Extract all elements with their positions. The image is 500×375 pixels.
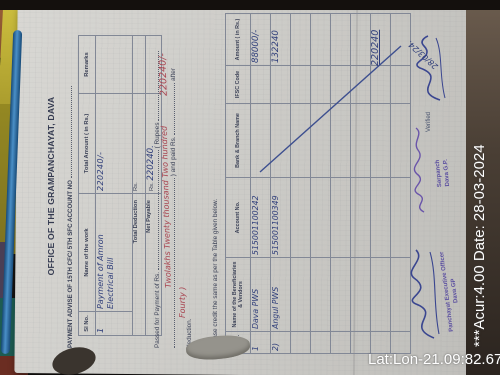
work-table-header-amount: Total Amount ( in Rs.): [79, 94, 96, 194]
ben-row1-bank: [251, 104, 271, 178]
document-subtitle: PAYMENT ADVISE OF 15TH CFC/ 5TH SFC ACCO…: [65, 86, 74, 348]
work-row-sl: 1: [96, 312, 133, 336]
empty-row: [291, 14, 311, 354]
work-row-remarks: [96, 36, 133, 94]
photo-of-payment-advice: OFFICE OF THE GRAMPANCHAYAT, DAVA PAYMEN…: [0, 0, 500, 375]
peo-signature: [400, 246, 442, 346]
total-deduction-value: Rs.: [133, 94, 146, 194]
ben-header-ifsc: IFSC Code: [226, 66, 251, 104]
verified-label: Verified: [426, 112, 432, 132]
peo-signature-block: Panchayat Executive Officer Dava GP: [400, 236, 460, 346]
beneficiary-row-2: 2) Angul PWS 515001100349 132240: [271, 14, 291, 354]
ben-row2-amount: 132240: [271, 14, 291, 66]
gps-overlay-acur-date: ***Acur:4.00 Date: 28-03-2024: [471, 17, 488, 347]
empty-row: [351, 14, 371, 354]
work-table-header-sl: Sl No.: [79, 312, 96, 336]
ben-row1-account: 515001100242: [251, 178, 271, 258]
gps-overlay-latlon: Lat:Lon-21.09:82.67 **: [368, 351, 500, 368]
ben-row1-name: Dava PWS: [251, 258, 271, 332]
sarpanch-stamp: Sarpanch Dava G.P.: [432, 129, 455, 216]
sarpanch-signature-block: Sarpanch Dava G.P.: [408, 126, 452, 216]
photo-top-dark-edge: [0, 0, 500, 10]
payment-advice-document: OFFICE OF THE GRAMPANCHAYAT, DAVA PAYMEN…: [20, 10, 468, 362]
empty-row: [311, 14, 331, 354]
ben-row1-amount: 88000/-: [251, 14, 271, 66]
credit-line: Please credit the same as per the Table …: [208, 16, 224, 348]
ben-row1-sl: 1: [251, 332, 271, 354]
empty-row: [331, 14, 351, 354]
subtitle-text: PAYMENT ADVISE OF 15TH CFC/ 5TH SFC ACCO…: [67, 180, 74, 348]
ben-row2-bank: [271, 104, 291, 178]
beneficiary-row-1: 1 Dava PWS 515001100242 88000/-: [251, 14, 271, 354]
total-deduction-remarks: [133, 36, 146, 94]
ben-header-account: Account No.: [226, 178, 251, 258]
handwritten-paid-amount: 220240/-: [155, 53, 172, 96]
passed-for-payment-passage: Passed for Payment of Rs. ( Rupees ) and…: [150, 16, 224, 348]
ben-header-bank: Bank & Branch Name: [226, 104, 251, 178]
total-amount-handwritten: 220240: [370, 30, 381, 66]
sarpanch-signature: [408, 126, 434, 216]
work-table-header-work: Name of the work: [79, 194, 96, 312]
total-deduction-label: Total Deduction: [133, 194, 146, 336]
ben-row2-account: 515001100349: [271, 178, 291, 258]
ben-row2-name: Angul PWS: [271, 258, 291, 332]
office-title: OFFICE OF THE GRAMPANCHAYAT, DAVA: [46, 10, 56, 362]
work-row-amount: 220240/-: [96, 94, 133, 194]
beneficiary-table: Sl No. Name of the Beneficiaries & Vendo…: [225, 13, 411, 354]
ben-row1-ifsc: [251, 66, 271, 104]
work-row-name: Payment of Amron Electrical Bill: [96, 194, 133, 312]
ben-row2-sl: 2): [271, 332, 291, 354]
account-no-blank: [65, 86, 72, 178]
handwritten-amount-words-2: Fourty ): [175, 287, 191, 318]
work-table-header-remarks: Remarks: [79, 36, 96, 94]
ben-row2-ifsc: [271, 66, 291, 104]
document-rotated-wrapper: OFFICE OF THE GRAMPANCHAYAT, DAVA PAYMEN…: [20, 10, 468, 362]
ben-header-amount: Amount ( in Rs.): [226, 14, 251, 66]
ben-header-name: Name of the Beneficiaries & Vendors: [226, 258, 251, 332]
